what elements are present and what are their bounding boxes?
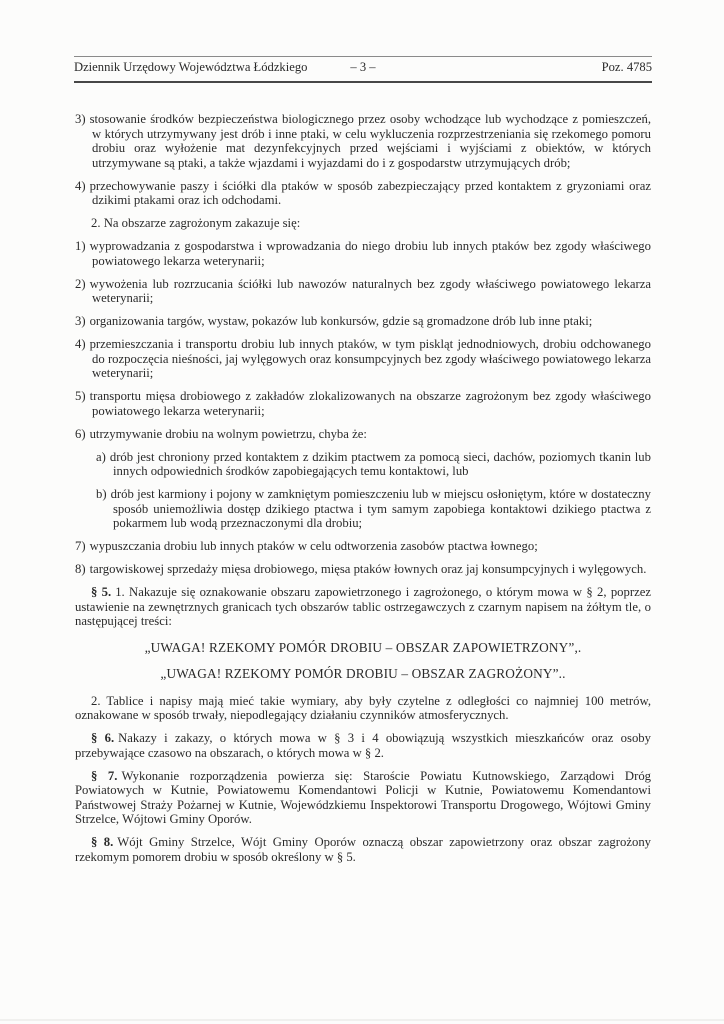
list-marker: 4) [75, 337, 90, 351]
list-item: 3)stosowanie środków bezpieczeństwa biol… [92, 112, 651, 170]
paragraph: § 7.Wykonanie rozporządzenia powierza si… [75, 769, 651, 827]
block-text: drób jest karmiony i pojony w zamkniętym… [111, 487, 651, 530]
block-text: 1. Nakazuje się oznakowanie obszaru zapo… [75, 585, 651, 628]
list-marker: 1) [75, 239, 90, 253]
block-text: przechowywanie paszy i ściółki dla ptakó… [90, 179, 651, 208]
list-item: 5)transportu mięsa drobiowego z zakładów… [92, 389, 651, 418]
block-text: stosowanie środków bezpieczeństwa biolog… [90, 112, 651, 170]
block-text: „UWAGA! RZEKOMY POMÓR DROBIU – OBSZAR ZA… [145, 640, 582, 655]
list-marker: b) [96, 487, 111, 501]
paragraph: § 5.1. Nakazuje się oznakowanie obszaru … [75, 585, 651, 629]
page-number: – 3 – [350, 60, 375, 75]
paragraph: 2. Na obszarze zagrożonym zakazuje się: [75, 216, 651, 231]
list-item: 2)wywożenia lub rozrzucania ściółki lub … [92, 277, 651, 306]
block-text: Wykonanie rozporządzenia powierza się: S… [75, 769, 651, 827]
position-number: Poz. 4785 [376, 60, 652, 75]
warning-sign-text: „UWAGA! RZEKOMY POMÓR DROBIU – OBSZAR ZA… [75, 641, 651, 656]
list-item: 3)organizowania targów, wystaw, pokazów … [92, 314, 651, 329]
block-text: wypuszczania drobiu lub innych ptaków w … [90, 539, 538, 553]
list-marker: 8) [75, 562, 90, 576]
list-marker: 3) [75, 112, 90, 126]
list-marker: 3) [75, 314, 90, 328]
block-text: transportu mięsa drobiowego z zakładów z… [90, 389, 651, 418]
block-text: organizowania targów, wystaw, pokazów lu… [90, 314, 593, 328]
section-symbol: § 7. [91, 769, 121, 783]
list-item: b)drób jest karmiony i pojony w zamknięt… [113, 487, 651, 531]
block-text: utrzymywanie drobiu na wolnym powietrzu,… [90, 427, 367, 441]
block-text: Wójt Gminy Strzelce, Wójt Gminy Oporów o… [75, 835, 651, 864]
block-text: przemieszczania i transportu drobiu lub … [90, 337, 651, 380]
block-text: 2. Tablice i napisy mają mieć takie wymi… [75, 694, 651, 723]
list-item: 4)przechowywanie paszy i ściółki dla pta… [92, 179, 651, 208]
list-item: 4)przemieszczania i transportu drobiu lu… [92, 337, 651, 381]
scan-edge-shadow [0, 1019, 724, 1021]
document-page: Dziennik Urzędowy Województwa Łódzkiego … [0, 0, 724, 1024]
list-marker: 6) [75, 427, 90, 441]
page-header: Dziennik Urzędowy Województwa Łódzkiego … [74, 56, 652, 83]
paragraph: § 6.Nakazy i zakazy, o których mowa w § … [75, 731, 651, 760]
section-symbol: § 6. [91, 731, 118, 745]
block-text: Nakazy i zakazy, o których mowa w § 3 i … [75, 731, 651, 760]
paragraph: § 8.Wójt Gminy Strzelce, Wójt Gminy Opor… [75, 835, 651, 864]
document-body: 3)stosowanie środków bezpieczeństwa biol… [75, 112, 651, 864]
block-text: wywożenia lub rozrzucania ściółki lub na… [90, 277, 651, 306]
list-marker: 7) [75, 539, 90, 553]
block-text: wyprowadzania z gospodarstwa i wprowadza… [90, 239, 651, 268]
list-item: 8)targowiskowej sprzedaży mięsa drobiowe… [92, 562, 651, 577]
journal-title: Dziennik Urzędowy Województwa Łódzkiego [74, 60, 350, 75]
section-symbol: § 8. [91, 835, 117, 849]
block-text: „UWAGA! RZEKOMY POMÓR DROBIU – OBSZAR ZA… [160, 666, 565, 681]
list-item: 7)wypuszczania drobiu lub innych ptaków … [92, 539, 651, 554]
list-marker: 4) [75, 179, 90, 193]
list-item: a)drób jest chroniony przed kontaktem z … [113, 450, 651, 479]
paragraph: 2. Tablice i napisy mają mieć takie wymi… [75, 694, 651, 723]
block-text: drób jest chroniony przed kontaktem z dz… [110, 450, 651, 479]
block-text: targowiskowej sprzedaży mięsa drobiowego… [90, 562, 647, 576]
list-marker: 2) [75, 277, 90, 291]
warning-sign-text: „UWAGA! RZEKOMY POMÓR DROBIU – OBSZAR ZA… [75, 667, 651, 682]
section-symbol: § 5. [91, 585, 115, 599]
block-text: 2. Na obszarze zagrożonym zakazuje się: [91, 216, 300, 230]
list-item: 1)wyprowadzania z gospodarstwa i wprowad… [92, 239, 651, 268]
list-marker: a) [96, 450, 110, 464]
list-item: 6)utrzymywanie drobiu na wolnym powietrz… [92, 427, 651, 442]
list-marker: 5) [75, 389, 90, 403]
